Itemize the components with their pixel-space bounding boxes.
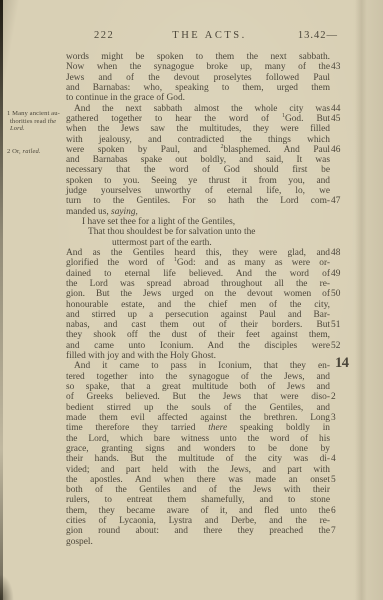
text-line: with jealousy, and contradicted the thin… <box>66 135 330 145</box>
chapter-verse-ref: 13.42— <box>298 30 338 41</box>
text-line: honourable estate, and the chief men of … <box>66 300 330 310</box>
text-line: And as the Gentiles heard this, they wer… <box>66 248 330 258</box>
text-line: I have set thee for a light of the Genti… <box>66 217 330 227</box>
verse-number: 7 <box>331 526 353 536</box>
text-line: and Barnabas spake out boldly, and said,… <box>66 155 330 165</box>
verse-number: 45 <box>331 114 353 124</box>
text-line: gion round about: and there they preache… <box>66 526 330 536</box>
text-line: judge yourselves unworthy of eternal lif… <box>66 186 330 196</box>
text-line: when the Jews saw the multitudes, they w… <box>66 124 330 134</box>
text-line: time therefore they tarried there speaki… <box>66 423 330 433</box>
verse-number: 47 <box>331 196 353 206</box>
text-line: of Greeks believed. But the Jews that we… <box>66 392 330 402</box>
text-line: the apostles. And when there was made an… <box>66 475 330 485</box>
verse-number: 46 <box>331 145 353 155</box>
margin-note-1: 1 Many ancient au-thorities read theLord… <box>7 110 65 133</box>
verse-number: 5 <box>331 475 353 485</box>
verse-number: 49 <box>331 269 353 279</box>
text-line: gion. But the Jews urged on the devout w… <box>66 289 330 299</box>
text-line: manded us, saying, <box>66 207 330 217</box>
margin-note-line: Lord. <box>7 125 65 133</box>
verse-number: 48 <box>331 248 353 258</box>
verse-number: 3 <box>331 413 353 423</box>
text-line: turn to the Gentiles. For so hath the Lo… <box>66 196 330 206</box>
text-line: they shook off the dust of their feet ag… <box>66 330 330 340</box>
text-line: to continue in the grace of God. <box>66 93 330 103</box>
verse-number: 51 <box>331 320 353 330</box>
text-line: Jews and of the devout proselytes follow… <box>66 73 330 83</box>
text-line: spoken to you. Seeing ye thrust it from … <box>66 176 330 186</box>
text-line: words might be spoken to them the next s… <box>66 52 330 62</box>
book-title: THE ACTS. <box>172 30 246 41</box>
text-line: them, they became aware of it, and fled … <box>66 506 330 516</box>
page-left-edge-shadow <box>0 0 3 600</box>
text-line: tered together into the synagogue of the… <box>66 372 330 382</box>
text-line: That thou shouldest be for salvation unt… <box>66 227 330 237</box>
text-line: necessary that the word of God should fi… <box>66 165 330 175</box>
verse-number: 52 <box>331 341 353 351</box>
text-block: words might be spoken to them the next s… <box>66 52 330 547</box>
corner-shadow <box>0 574 14 600</box>
text-line: made them evil affected against the bret… <box>66 413 330 423</box>
text-line: and Barnabas: who, speaking to them, urg… <box>66 83 330 93</box>
page-crease <box>355 0 367 600</box>
running-header: 222 THE ACTS. 13.42— <box>66 30 342 44</box>
verse-number: 43 <box>331 62 353 72</box>
chapter-number: 14 <box>335 358 357 368</box>
text-line: the Lord, which bare witness unto the wo… <box>66 434 330 444</box>
margin-note-line: 2 Or, railed. <box>7 148 65 156</box>
text-line: grace, granting signs and wonders to be … <box>66 444 330 454</box>
text-line: gathered together to hear the word of 1G… <box>66 114 330 124</box>
book-page: 222 THE ACTS. 13.42— 1 Many ancient au-t… <box>0 0 383 600</box>
text-line: cities of Lycaonia, Lystra and Derbe, an… <box>66 516 330 526</box>
text-line: nabas, and cast them out of their border… <box>66 320 330 330</box>
text-line: vided; and part held with the Jews, and … <box>66 465 330 475</box>
text-line: their hands. But the multitude of the ci… <box>66 454 330 464</box>
text-line: bedient stirred up the souls of the Gent… <box>66 403 330 413</box>
text-line: rulers, to entreat them shamefully, and … <box>66 495 330 505</box>
text-line: filled with joy and with the Holy Ghost. <box>66 351 330 361</box>
verse-number: 44 <box>331 104 353 114</box>
text-line: both of the Gentiles and of the Jews wit… <box>66 485 330 495</box>
text-line: the Lord was spread abroad throughout al… <box>66 279 330 289</box>
verse-number: 4 <box>331 454 353 464</box>
text-line: were spoken by Paul, and 2blasphemed. An… <box>66 145 330 155</box>
margin-note-2: 2 Or, railed. <box>7 148 65 156</box>
page-number: 222 <box>94 30 114 41</box>
verse-number: 2 <box>331 392 353 402</box>
text-line: and stirred up a persecution against Pau… <box>66 310 330 320</box>
verse-number: 50 <box>331 289 353 299</box>
text-line: Now when the synagogue broke up, many of… <box>66 62 330 72</box>
text-line: And the next sabbath almost the whole ci… <box>66 104 330 114</box>
text-line: dained to eternal life believed. And the… <box>66 269 330 279</box>
text-line: gospel. <box>66 537 330 547</box>
text-line: And it came to pass in Iconium, that the… <box>66 361 330 371</box>
verse-number: 6 <box>331 506 353 516</box>
text-line: glorified the word of 1God: and as many … <box>66 258 330 268</box>
margin-note-line: thorities read the <box>7 118 65 126</box>
margin-note-line: 1 Many ancient au- <box>7 110 65 118</box>
text-line: so spake, that a great multitude both of… <box>66 382 330 392</box>
text-line: and came unto Iconium. And the disciples… <box>66 341 330 351</box>
text-line: uttermost part of the earth. <box>66 238 330 248</box>
